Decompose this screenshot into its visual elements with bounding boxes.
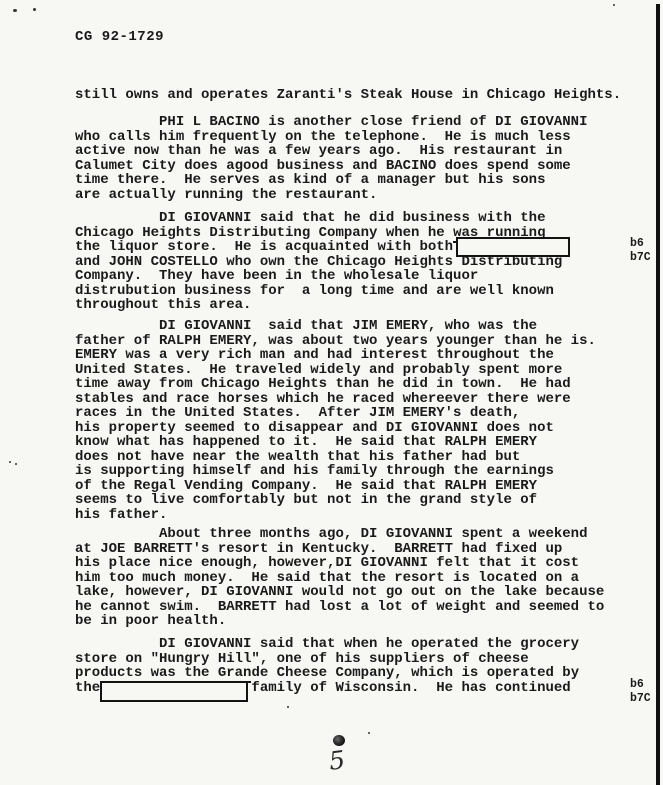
- redaction-box-1: [456, 237, 570, 257]
- ink-speck: [15, 463, 17, 465]
- ink-speck: [287, 706, 289, 708]
- paragraph-4: DI GIOVANNI said that JIM EMERY, who was…: [75, 319, 596, 522]
- classification-code-b7c-1: b7C: [630, 251, 651, 264]
- classification-code-b7c-2: b7C: [630, 692, 651, 705]
- file-number: CG 92-1729: [75, 29, 164, 45]
- ink-speck: [368, 732, 370, 734]
- ink-speck: [33, 8, 36, 11]
- scan-edge-line: [656, 4, 660, 785]
- paragraph-5: About three months ago, DI GIOVANNI spen…: [75, 527, 604, 629]
- paragraph-3: DI GIOVANNI said that he did business wi…: [75, 211, 562, 313]
- redaction-box-2: [100, 681, 248, 702]
- document-page: CG 92-1729 still owns and operates Zaran…: [0, 0, 663, 785]
- ink-speck: [9, 461, 11, 463]
- paragraph-1: still owns and operates Zaranti's Steak …: [75, 88, 621, 103]
- classification-code-b6-2: b6: [630, 678, 644, 691]
- paragraph-2: PHI L BACINO is another close friend of …: [75, 115, 587, 202]
- ink-stamp: [333, 735, 345, 746]
- classification-code-b6-1: b6: [630, 237, 644, 250]
- ink-speck: [13, 9, 17, 12]
- page-number: 5: [327, 745, 346, 776]
- ink-speck: [613, 4, 615, 6]
